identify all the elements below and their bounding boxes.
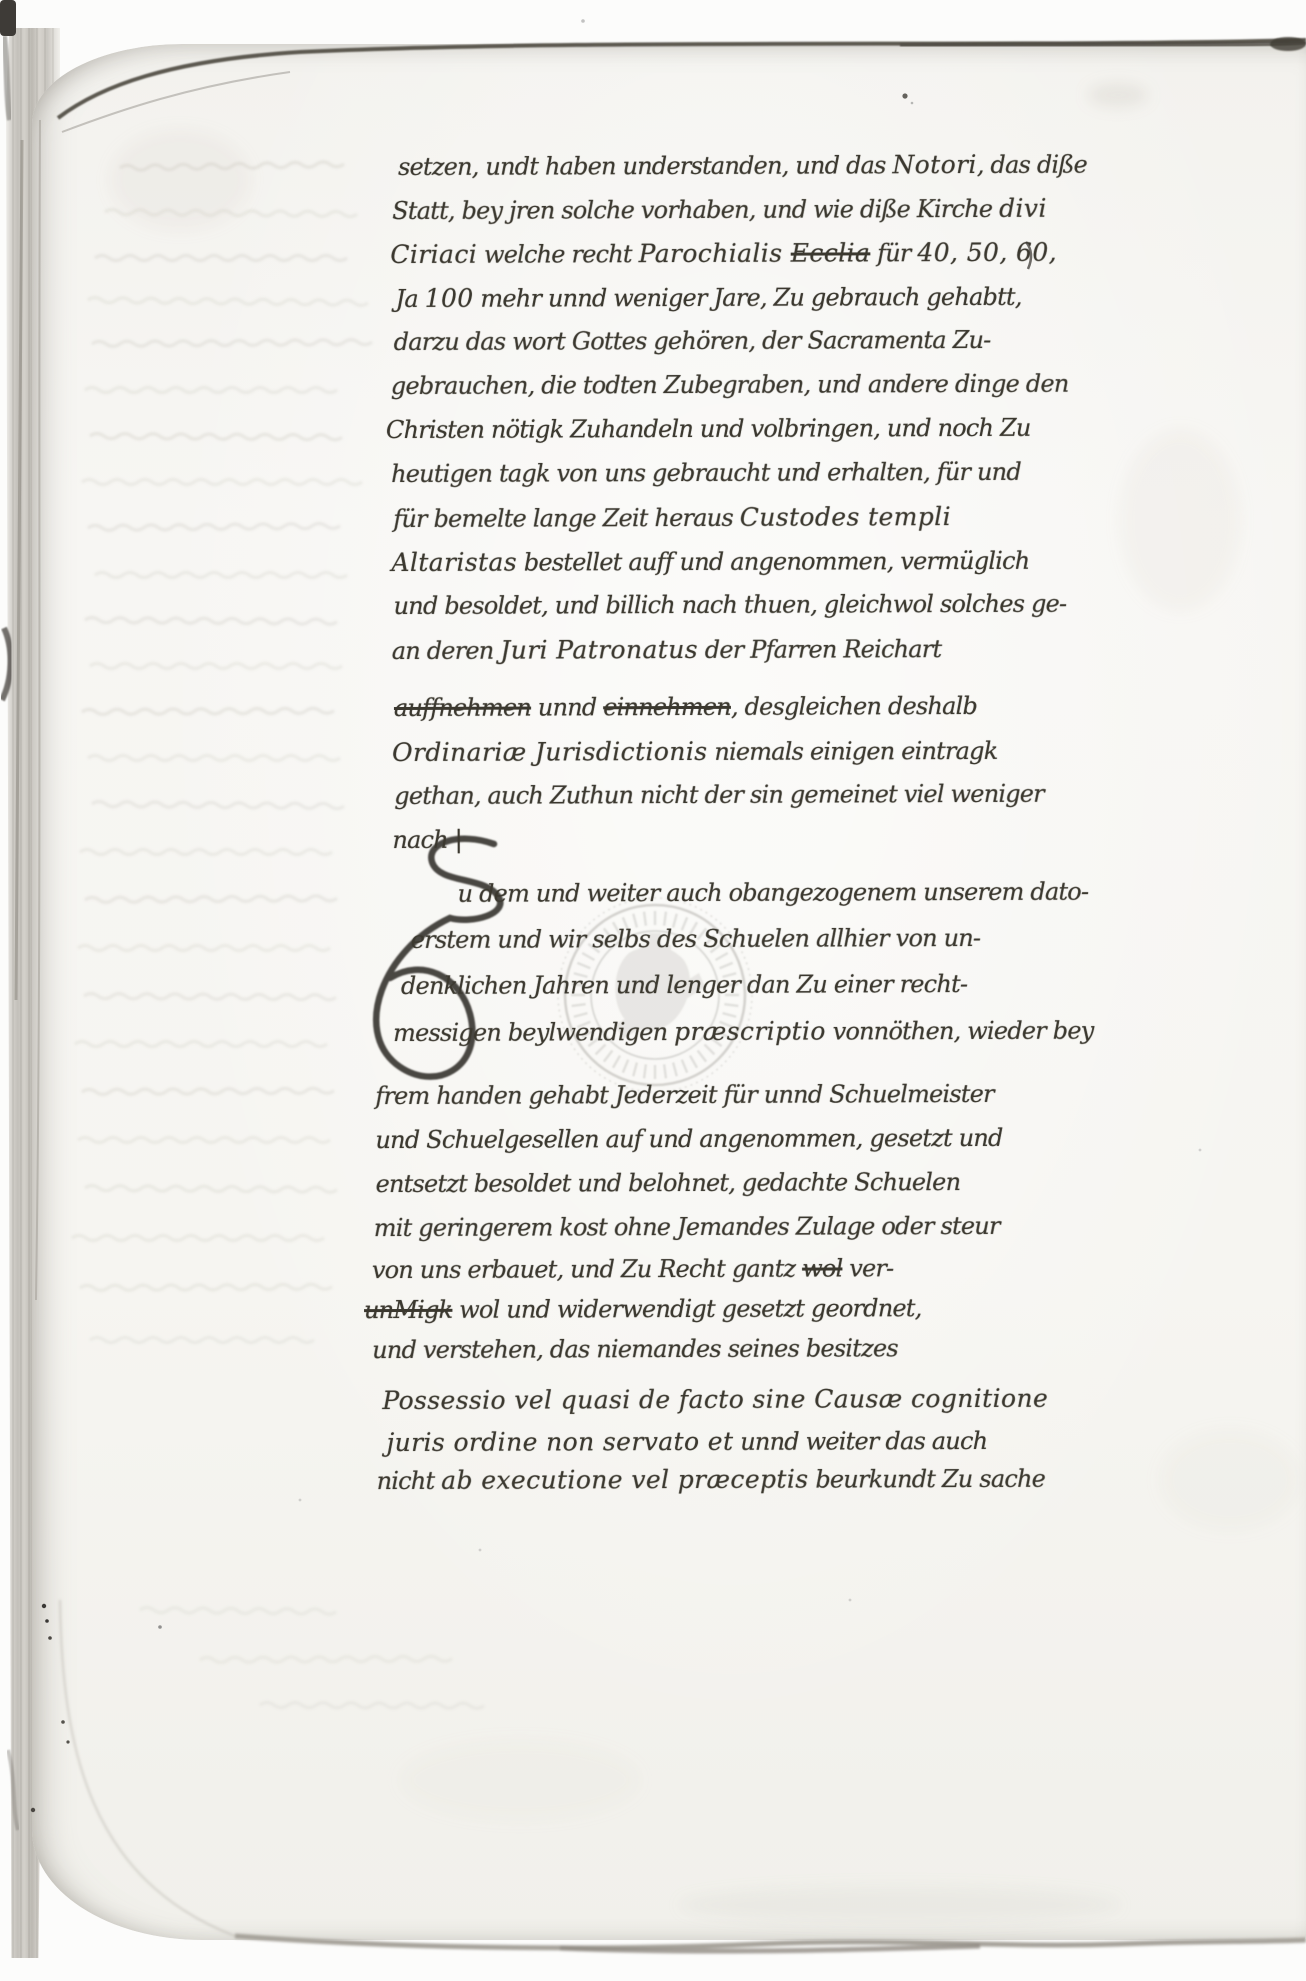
german-text: denklichen Jahren und lenger dan Zu eine… [401,970,967,1000]
german-text: gethan, auch Zuthun nicht der sin gemein… [394,780,1044,810]
text-line-2-2: erstem und wir selbs des Schuelen allhie… [411,924,981,954]
text-line-1-5: darzu das wort Gottes gehören, der Sacra… [394,326,991,356]
german-text: mehr unnd weniger Jare, Zu gebrauch geha… [474,283,1022,313]
latin-text: Custodes templi [740,502,951,532]
german-text: setzen, undt haben understanden, und das [398,151,892,181]
text-line-2-13: juris ordine non servato et unnd weiter … [386,1426,987,1457]
german-text: Ja [395,285,424,313]
text-line-1-8: heutigen tagk von uns gebraucht und erha… [391,458,1021,488]
german-text: vonnöthen, wieder bey [826,1017,1094,1046]
struck-text: einnehmen [603,693,731,721]
text-line-2-6: und Schuelgesellen auf und angenommen, g… [375,1124,1002,1154]
text-line-2-11: und verstehen, das niemandes seines besi… [372,1334,898,1364]
text-line-1-10: Altaristas bestellet auff und angenommen… [391,546,1029,577]
text-line-1-9: für bemelte lange Zeit heraus Custodes t… [393,502,951,533]
german-text: ver- [842,1254,893,1282]
text-line-1-12: an deren Juri Patronatus der Pfarren Rei… [392,634,942,665]
struck-text: wol [802,1254,842,1282]
text-line-1-7: Christen nötigk Zuhandeln und volbringen… [386,414,1031,444]
latin-text: præscriptio [674,1017,826,1047]
german-text: welche recht [477,240,639,269]
german-text: für bemelte lange Zeit heraus [393,504,740,533]
text-line-1-2: Statt, bey jren solche vorhaben, und wie… [392,194,1047,225]
german-text: erstem und wir selbs des Schuelen allhie… [411,924,981,954]
german-text: unnd weiter das auch [733,1427,987,1456]
german-text: heutigen tagk von uns gebraucht und erha… [391,458,1021,488]
latin-text: Possessio vel quasi de facto sine Causæ … [382,1384,1048,1415]
german-text: Statt, bey jren solche vorhaben, und wie… [392,195,999,225]
text-line-1-6: gebrauchen, die todten Zubegraben, und a… [391,370,1069,400]
text-line-2-7: entsetzt besoldet und belohnet, gedachte… [376,1168,961,1198]
text-line-2-5: frem handen gehabt Jederzeit für unnd Sc… [375,1080,994,1110]
text-line-2-12: Possessio vel quasi de facto sine Causæ … [382,1384,1048,1415]
german-text: frem handen gehabt Jederzeit für unnd Sc… [375,1080,994,1110]
german-text: für [870,239,917,267]
latin-text: juris ordine non servato et [386,1427,733,1457]
german-text: messigen beylwendigen [393,1018,674,1047]
text-line-2-1: u dem und weiter auch obangezogenem unse… [458,878,1089,908]
german-text: , desgleichen deshalb [731,692,977,721]
german-text: nicht [377,1467,442,1495]
german-text: und Schuelgesellen auf und angenommen, g… [375,1124,1002,1154]
text-line-2-9: von uns erbauet, und Zu Recht gantz wol … [372,1254,894,1284]
text-line-2-3: denklichen Jahren und lenger dan Zu eine… [401,970,967,1000]
german-text: , das diße [977,151,1087,179]
latin-text: 40, 50, 60, [917,238,1057,267]
german-text: unnd [531,693,603,721]
german-text: von uns erbauet, und Zu Recht gantz [372,1255,802,1285]
german-text: beurkundt Zu sache [808,1465,1045,1494]
german-text: u dem und weiter auch obangezogenem unse… [458,878,1089,908]
latin-text: Juri Patronatus [500,635,698,665]
german-text: und besoldet, und billich nach thuen, gl… [394,590,1067,620]
scanned-manuscript-page: setzen, undt haben understanden, und das… [0,0,1306,1981]
latin-text: ab executione vel præceptis [441,1465,808,1495]
text-line-1-4: Ja 100 mehr unnd weniger Jare, Zu gebrau… [395,282,1021,313]
struck-text: Ecclia [791,238,871,267]
german-text: nach | [392,826,462,854]
german-text: darzu das wort Gottes gehören, der Sacra… [394,326,991,356]
latin-text: divi [999,194,1047,223]
struck-text: unMigk [364,1296,452,1324]
latin-text: Ciriaci [390,240,477,269]
text-line-1-14: Ordinariæ Jurisdictionis niemals einigen… [392,736,997,767]
german-text: Christen nötigk Zuhandeln und volbringen… [386,414,1031,444]
german-text: der Pfarren Reichart [698,635,941,664]
text-line-1-11: und besoldet, und billich nach thuen, gl… [394,590,1067,620]
german-text: entsetzt besoldet und belohnet, gedachte… [376,1168,961,1198]
german-text: gebrauchen, die todten Zubegraben, und a… [391,370,1069,400]
german-text: niemals einigen eintragk [707,737,997,766]
german-text: wol und widerwendigt gesetzt geordnet, [452,1294,921,1324]
text-line-2-8: mit geringerem kost ohne Jemandes Zulage… [374,1212,1000,1242]
text-line-1-3: Ciriaci welche recht Parochialis Ecclia … [390,238,1057,269]
text-line-2-10: unMigk wol und widerwendigt gesetzt geor… [364,1294,922,1324]
german-text: an deren [392,637,501,665]
latin-text: Ordinariæ Jurisdictionis [392,737,707,767]
latin-text: 100 [425,284,474,313]
text-line-2-14: nicht ab executione vel præceptis beurku… [377,1464,1046,1495]
latin-text: Notori [892,150,976,179]
text-line-2-4: messigen beylwendigen præscriptio vonnöt… [393,1016,1094,1047]
latin-text: Altaristas [391,548,517,577]
text-line-1-16: nach | [392,826,462,854]
manuscript-text: setzen, undt haben understanden, und das… [0,0,1306,1981]
text-line-1-1: setzen, undt haben understanden, und das… [398,150,1087,181]
german-text: mit geringerem kost ohne Jemandes Zulage… [374,1212,1000,1242]
struck-text: auffnehmen [394,694,531,722]
text-line-1-15: gethan, auch Zuthun nicht der sin gemein… [394,780,1044,810]
german-text: und verstehen, das niemandes seines besi… [372,1334,898,1364]
german-text: bestellet auff und angenommen, vermüglic… [517,547,1029,577]
latin-text: Parochialis [639,239,791,269]
text-line-1-13: auffnehmen unnd einnehmen, desgleichen d… [394,692,977,722]
